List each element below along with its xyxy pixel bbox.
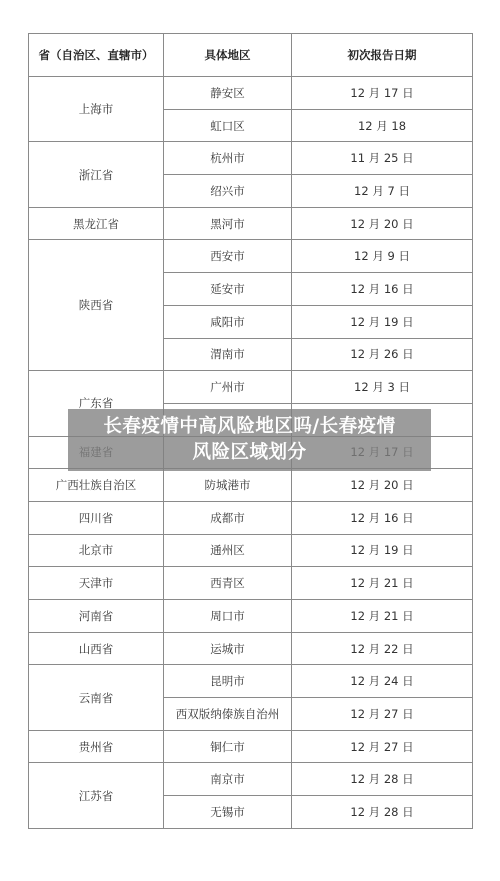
- table-row: 陕西省 西安市 12 月 9 日: [29, 240, 473, 273]
- header-province: 省（自治区、直辖市）: [29, 34, 164, 77]
- date-cell: 12 月 3 日: [292, 371, 473, 404]
- date-cell: 12 月 28 日: [292, 796, 473, 829]
- date-cell: 12 月 21 日: [292, 600, 473, 633]
- area-cell: 西安市: [164, 240, 292, 273]
- table-row: 四川省 成都市 12 月 16 日: [29, 501, 473, 534]
- area-cell: 周口市: [164, 600, 292, 633]
- province-cell: 浙江省: [29, 142, 164, 207]
- date-cell: 12 月 7 日: [292, 175, 473, 208]
- area-cell: 延安市: [164, 273, 292, 306]
- area-cell: 杭州市: [164, 142, 292, 175]
- province-cell: 黑龙江省: [29, 207, 164, 240]
- title-overlay-banner: 长春疫情中高风险地区吗/长春疫情 风险区域划分: [68, 409, 431, 471]
- date-cell: 12 月 20 日: [292, 207, 473, 240]
- table-row: 广东省 广州市 12 月 3 日: [29, 371, 473, 404]
- area-cell: 西青区: [164, 567, 292, 600]
- date-cell: 12 月 19 日: [292, 305, 473, 338]
- date-cell: 12 月 21 日: [292, 567, 473, 600]
- date-cell: 12 月 24 日: [292, 665, 473, 698]
- table-row: 天津市 西青区 12 月 21 日: [29, 567, 473, 600]
- table-row: 上海市 静安区 12 月 17 日: [29, 77, 473, 110]
- area-cell: 绍兴市: [164, 175, 292, 208]
- table-row: 北京市 通州区 12 月 19 日: [29, 534, 473, 567]
- province-cell: 云南省: [29, 665, 164, 730]
- table-row: 云南省 昆明市 12 月 24 日: [29, 665, 473, 698]
- province-cell: 天津市: [29, 567, 164, 600]
- area-cell: 铜仁市: [164, 730, 292, 763]
- table-row: 河南省 周口市 12 月 21 日: [29, 600, 473, 633]
- province-cell: 上海市: [29, 77, 164, 142]
- province-cell: 河南省: [29, 600, 164, 633]
- page: 省（自治区、直辖市） 具体地区 初次报告日期 上海市 静安区 12 月 17 日…: [0, 0, 500, 881]
- overlay-title-line-2: 风险区域划分: [192, 440, 306, 466]
- province-cell: 贵州省: [29, 730, 164, 763]
- date-cell: 12 月 16 日: [292, 501, 473, 534]
- date-cell: 12 月 17 日: [292, 77, 473, 110]
- header-area: 具体地区: [164, 34, 292, 77]
- date-cell: 12 月 19 日: [292, 534, 473, 567]
- province-cell: 陕西省: [29, 240, 164, 371]
- date-cell: 12 月 28 日: [292, 763, 473, 796]
- area-cell: 运城市: [164, 632, 292, 665]
- table-row: 黑龙江省 黑河市 12 月 20 日: [29, 207, 473, 240]
- date-cell: 12 月 27 日: [292, 730, 473, 763]
- date-cell: 12 月 26 日: [292, 338, 473, 371]
- area-cell: 南京市: [164, 763, 292, 796]
- area-cell: 通州区: [164, 534, 292, 567]
- area-cell: 黑河市: [164, 207, 292, 240]
- area-cell: 虹口区: [164, 109, 292, 142]
- province-cell: 四川省: [29, 501, 164, 534]
- overlay-title-line-1: 长春疫情中高风险地区吗/长春疫情: [103, 414, 395, 440]
- date-cell: 11 月 25 日: [292, 142, 473, 175]
- date-cell: 12 月 22 日: [292, 632, 473, 665]
- area-cell: 咸阳市: [164, 305, 292, 338]
- table-row: 广西壮族自治区 防城港市 12 月 20 日: [29, 469, 473, 502]
- area-cell: 成都市: [164, 501, 292, 534]
- area-cell: 无锡市: [164, 796, 292, 829]
- date-cell: 12 月 27 日: [292, 698, 473, 731]
- area-cell: 防城港市: [164, 469, 292, 502]
- province-cell: 山西省: [29, 632, 164, 665]
- table-row: 浙江省 杭州市 11 月 25 日: [29, 142, 473, 175]
- area-cell: 昆明市: [164, 665, 292, 698]
- table-header-row: 省（自治区、直辖市） 具体地区 初次报告日期: [29, 34, 473, 77]
- table-row: 江苏省 南京市 12 月 28 日: [29, 763, 473, 796]
- province-cell: 广西壮族自治区: [29, 469, 164, 502]
- date-cell: 12 月 18: [292, 109, 473, 142]
- date-cell: 12 月 9 日: [292, 240, 473, 273]
- area-cell: 渭南市: [164, 338, 292, 371]
- province-cell: 北京市: [29, 534, 164, 567]
- table-row: 山西省 运城市 12 月 22 日: [29, 632, 473, 665]
- area-cell: 西双版纳傣族自治州: [164, 698, 292, 731]
- area-cell: 广州市: [164, 371, 292, 404]
- table-row: 贵州省 铜仁市 12 月 27 日: [29, 730, 473, 763]
- date-cell: 12 月 16 日: [292, 273, 473, 306]
- header-date: 初次报告日期: [292, 34, 473, 77]
- date-cell: 12 月 20 日: [292, 469, 473, 502]
- province-cell: 江苏省: [29, 763, 164, 828]
- area-cell: 静安区: [164, 77, 292, 110]
